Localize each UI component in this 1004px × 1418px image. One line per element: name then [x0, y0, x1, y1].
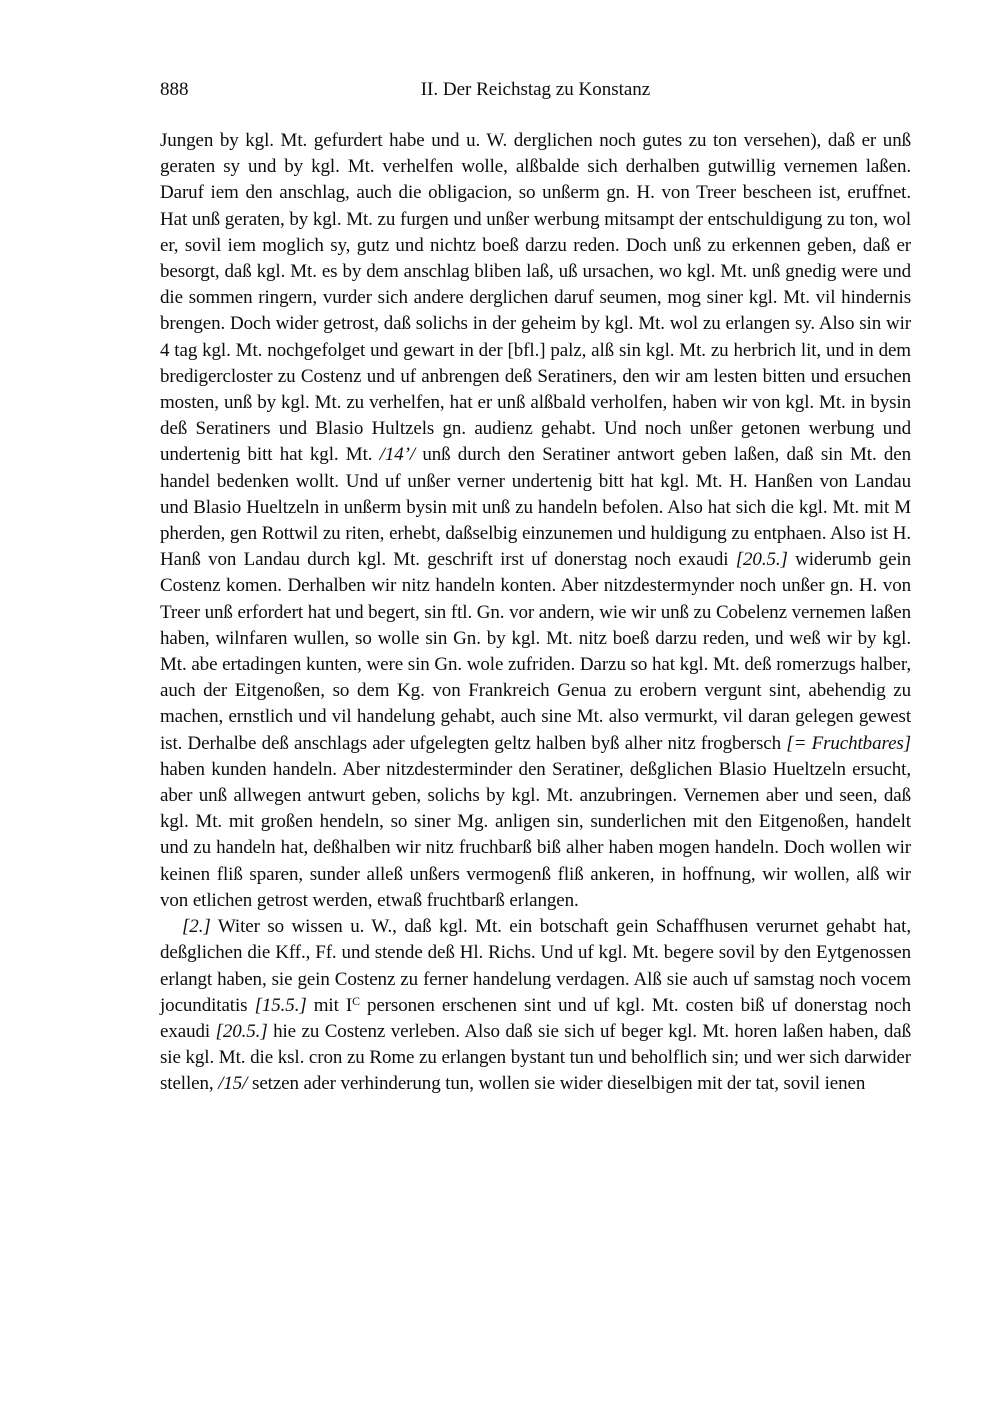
- text-run: Jungen by kgl. Mt. gefurdert habe und u.…: [160, 130, 911, 465]
- italic-run: [2.]: [182, 916, 211, 937]
- book-page: 888 II. Der Reichstag zu Konstanz Jungen…: [0, 0, 1004, 1418]
- italic-run: /15/: [218, 1073, 247, 1094]
- text-run: mit I: [307, 995, 352, 1016]
- text-run: widerumb gein Costenz komen. Derhalben w…: [160, 549, 911, 753]
- paragraph: Jungen by kgl. Mt. gefurdert habe und u.…: [160, 128, 911, 914]
- italic-run: [20.5.]: [736, 549, 788, 570]
- superscript-run: C: [352, 995, 360, 1008]
- italic-run: [20.5.]: [216, 1021, 268, 1042]
- page-header: 888 II. Der Reichstag zu Konstanz: [160, 78, 911, 102]
- text-run: setzen ader verhinderung tun, wollen sie…: [247, 1073, 865, 1094]
- italic-run: /14’/: [380, 444, 415, 465]
- page-number: 888: [160, 78, 189, 102]
- body-text: Jungen by kgl. Mt. gefurdert habe und u.…: [160, 128, 911, 1098]
- italic-run: [15.5.]: [255, 995, 307, 1016]
- text-run: haben kunden handeln. Aber nitzdestermin…: [160, 759, 911, 911]
- italic-run: [= Fruchtbares]: [786, 733, 911, 754]
- paragraph: [2.] Witer so wissen u. W., daß kgl. Mt.…: [160, 914, 911, 1097]
- running-header: II. Der Reichstag zu Konstanz: [160, 78, 911, 102]
